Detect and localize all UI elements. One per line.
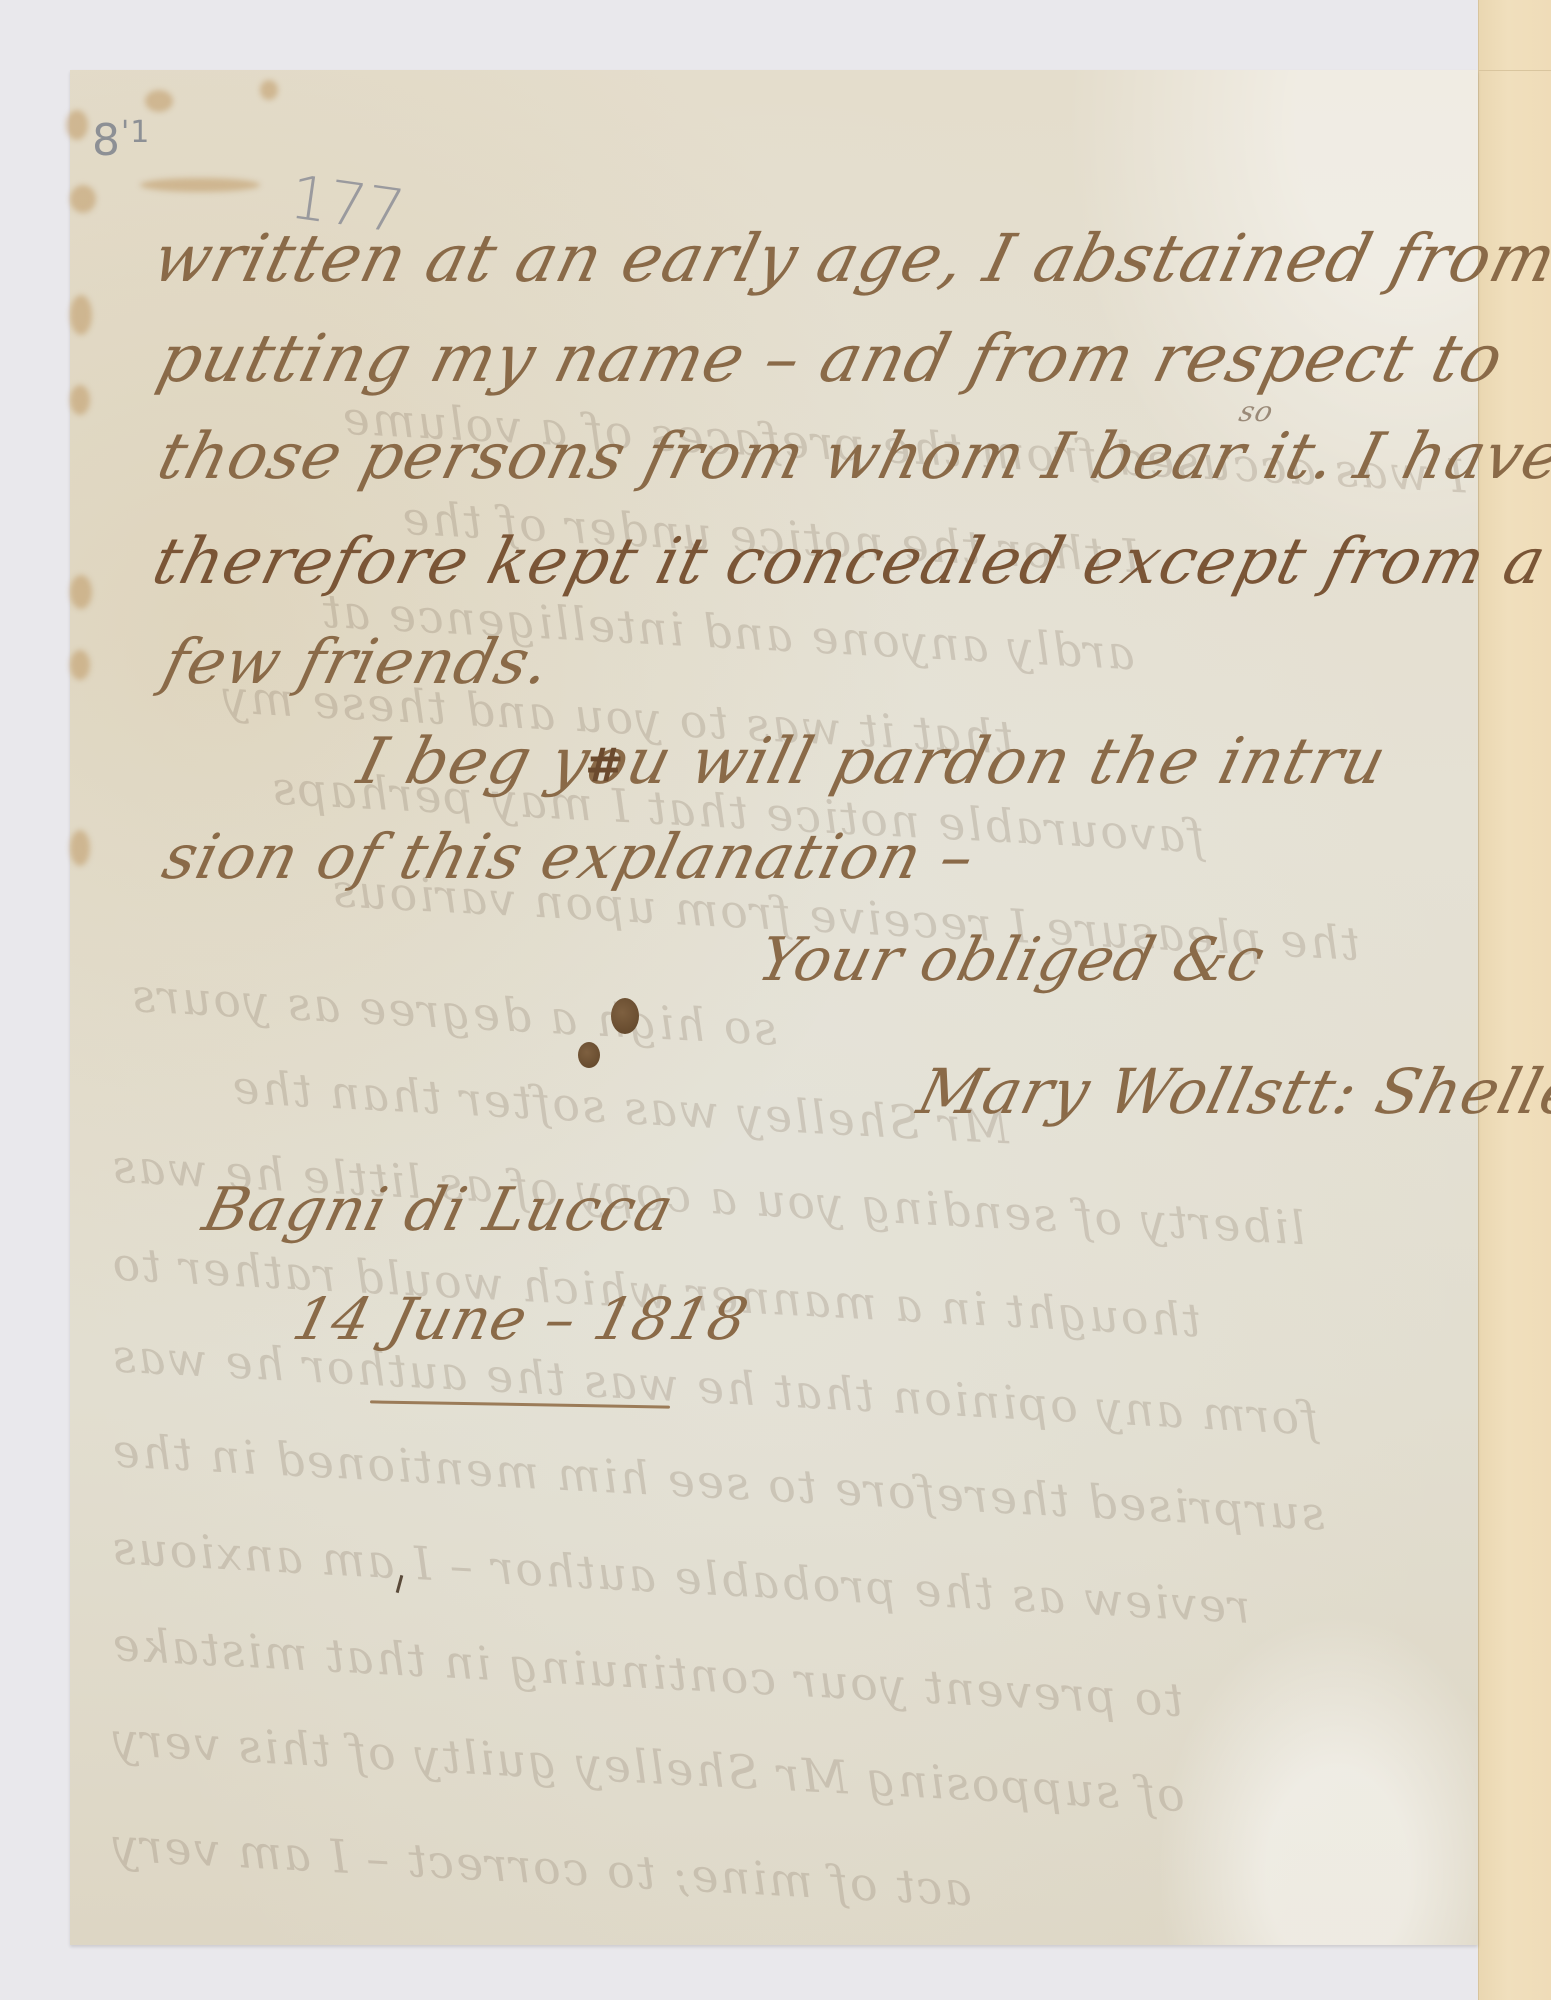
bleed-through-line: surprised therefore to see him mentioned… — [109, 1423, 1326, 1541]
letter-closing: Your obliged &c — [751, 925, 1272, 995]
foxing-stain — [70, 185, 96, 213]
folio-number-suffix: '1 — [121, 115, 150, 150]
bleed-through-line: of supposing Mr Shelley guilty of this v… — [109, 1712, 1186, 1822]
bleed-through-line: so high a degree as yours — [129, 968, 779, 1056]
foxing-stain — [70, 650, 90, 680]
foxing-stain — [140, 178, 260, 192]
letter-line: putting my name – and from respect to — [150, 320, 1511, 397]
letter-line: few friends. — [156, 625, 559, 698]
ink-blot — [611, 998, 639, 1034]
foxing-stain — [70, 830, 90, 866]
letter-line: written at an early age, I abstained fro… — [145, 220, 1551, 297]
letter-sheet: 8'1 177 I was accused from the prefaces … — [70, 70, 1478, 1945]
foxing-stain — [70, 385, 90, 415]
letter-line: those persons from whom I bear it. I hav… — [151, 420, 1551, 494]
foxing-stain — [70, 575, 92, 609]
letter-line: therefore kept it concealed except from … — [146, 525, 1551, 599]
bleed-through-line: act of mine; to correct – I am very — [109, 1817, 973, 1916]
letter-place: Bagni di Lucca — [196, 1175, 681, 1245]
foxing-stain — [145, 90, 173, 112]
letter-date: 14 June – 1818 — [287, 1285, 756, 1353]
folio-number: 8'1 — [92, 115, 150, 166]
ink-blot — [578, 1042, 600, 1068]
foxing-stain — [260, 80, 278, 100]
bleed-through-line: to prevent your continuing in that mista… — [109, 1617, 1184, 1727]
bleed-through-line: review as the probable author – I am anx… — [109, 1520, 1251, 1634]
foxing-stain — [66, 110, 88, 140]
letter-line: I beg you will pardon the intru — [351, 725, 1394, 799]
letter-line: sion of this explanation – — [156, 820, 983, 893]
struck-through-mark: # — [585, 738, 624, 792]
foxing-stain — [70, 295, 92, 335]
signature: Mary Wollstt: Shelley — [911, 1055, 1551, 1128]
archival-mount-board — [1478, 0, 1551, 2000]
folio-number-digit: 8 — [92, 115, 121, 166]
bleed-through-line: Mr Shelley was softer than the — [229, 1060, 1011, 1155]
